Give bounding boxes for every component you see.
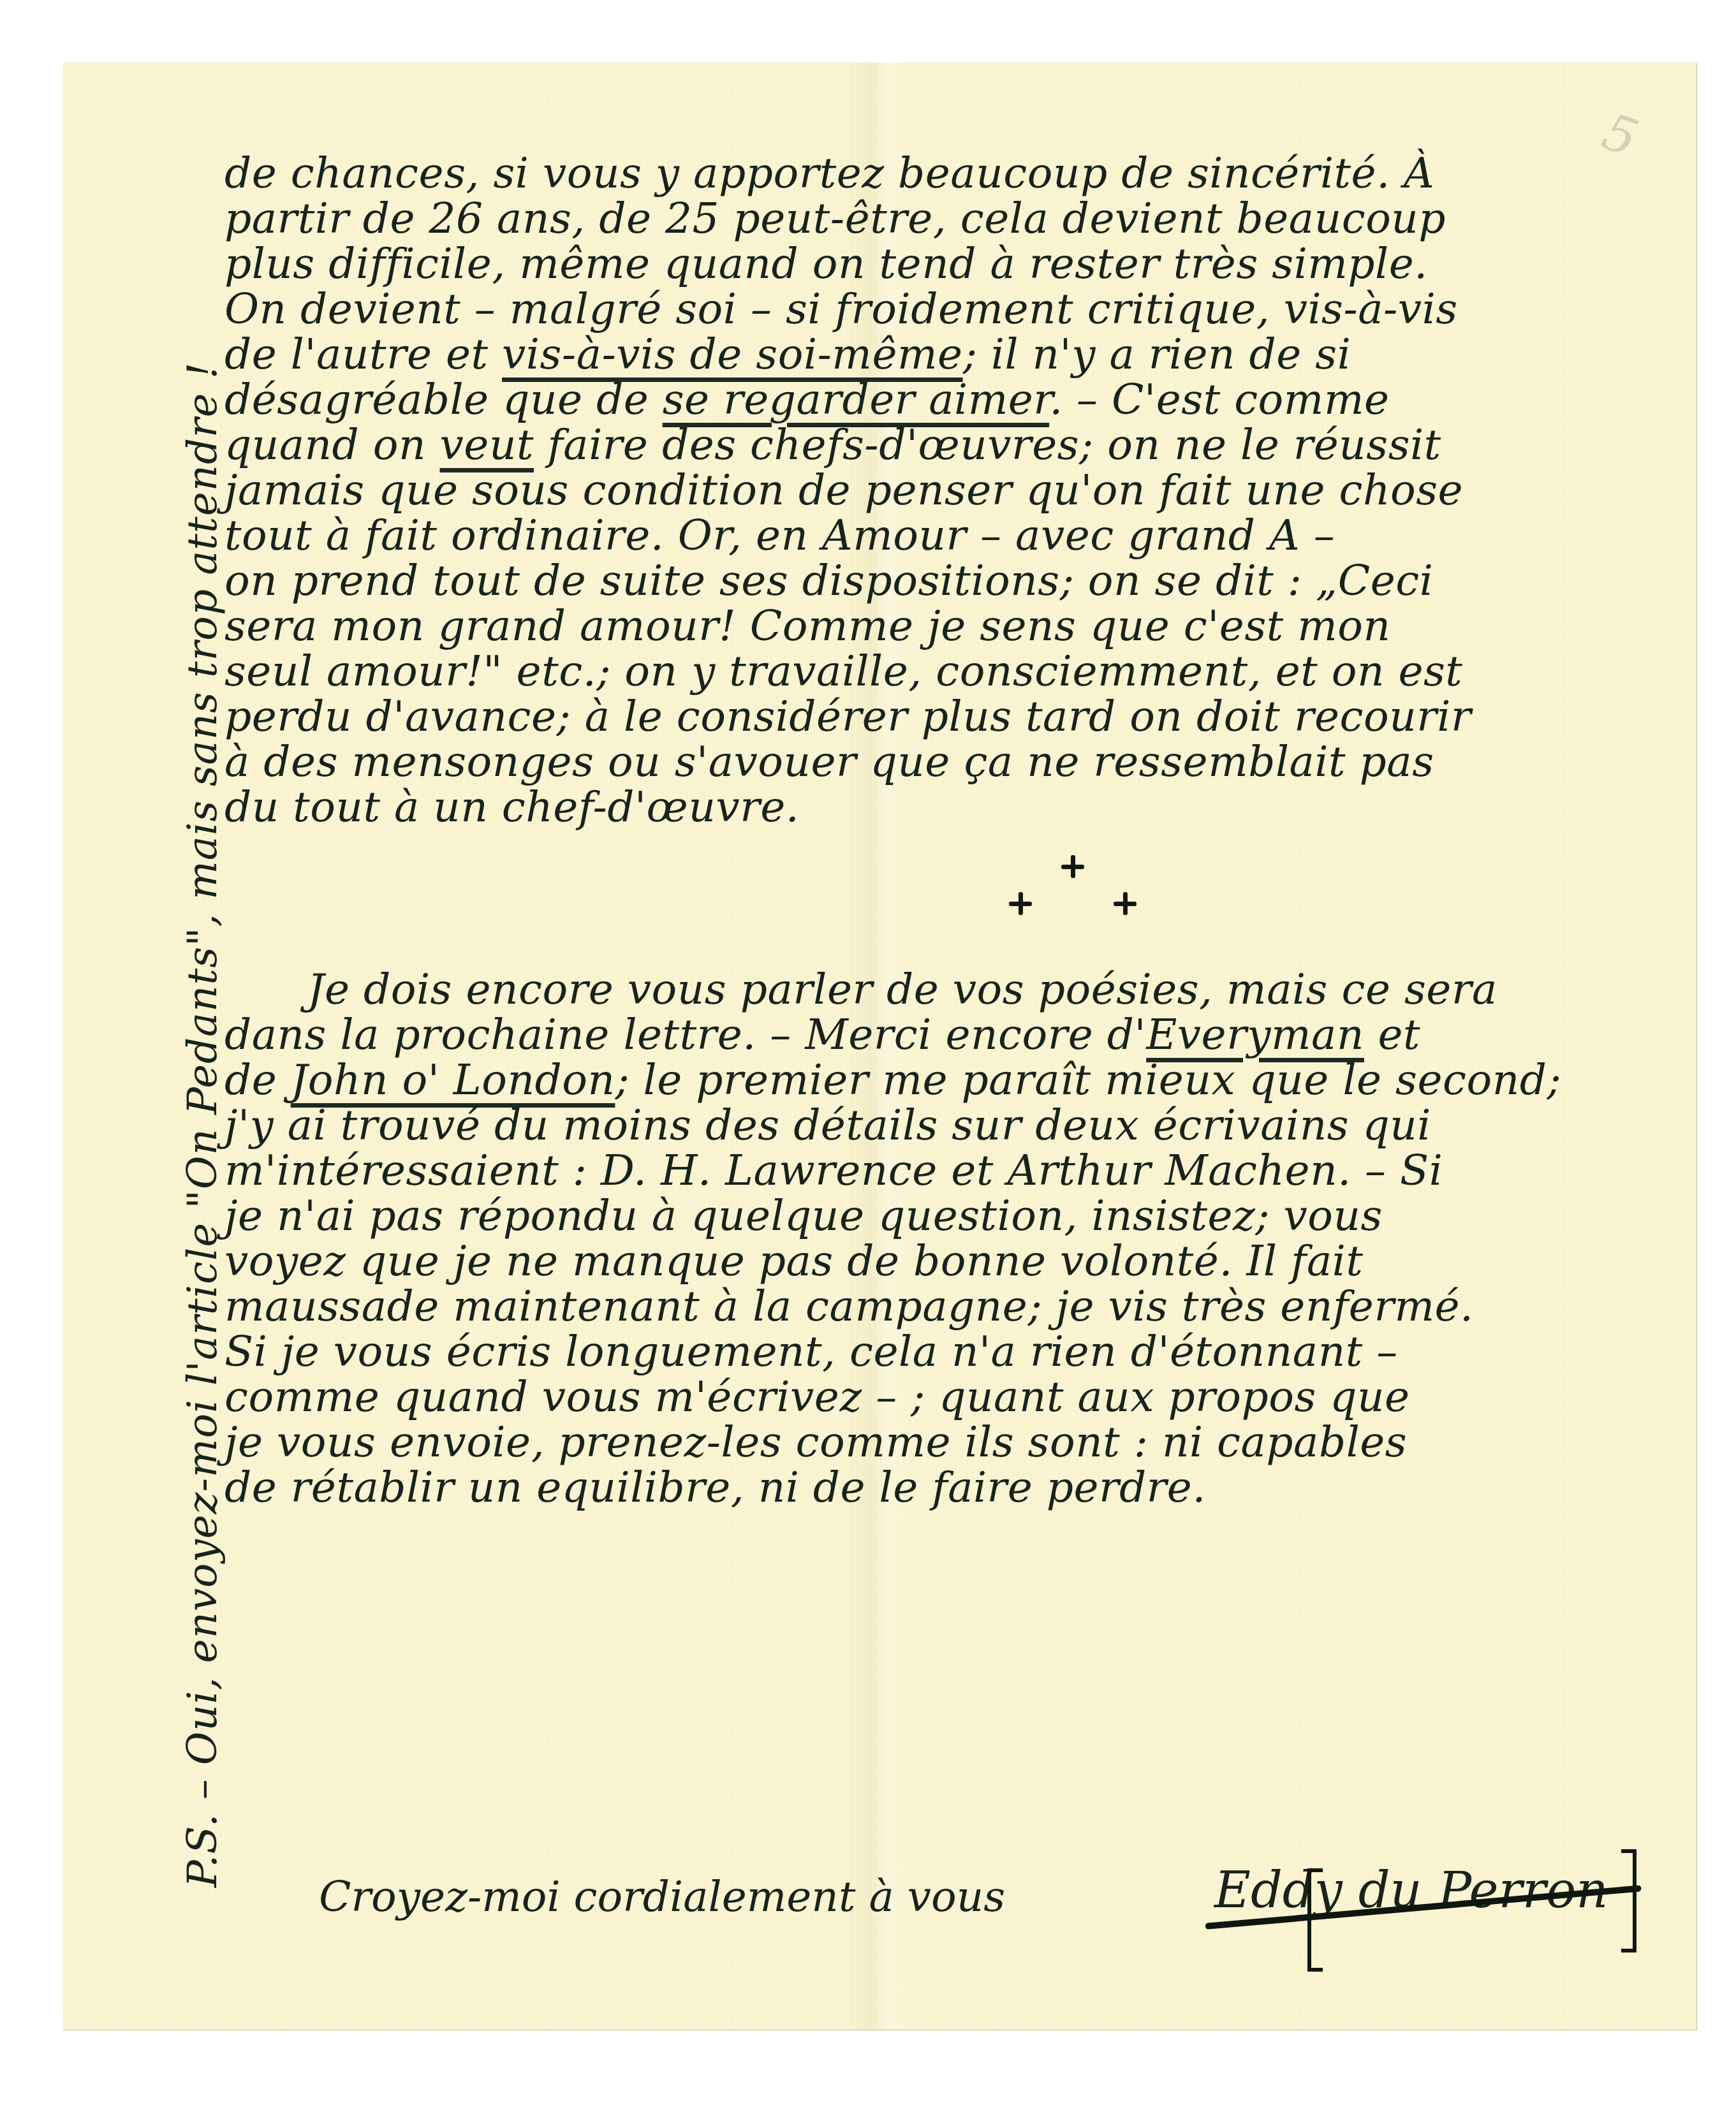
text-segment: . – C'est comme	[1049, 375, 1389, 424]
body-line-8: jamais que sous condition de penser qu'o…	[224, 467, 1659, 513]
body-line-5: de l'autre et vis-à-vis de soi-même; il …	[224, 332, 1659, 377]
underlined-phrase: se regarder aimer	[663, 375, 1049, 424]
postscript-vertical: P.S. – Oui, envoyez-moi l'article "On Pe…	[177, 166, 228, 1887]
three-crosses-separator-icon	[1009, 855, 1136, 932]
signature-first-name: Eddy	[1214, 1862, 1342, 1919]
body-line-6: désagréable que de se regarder aimer. – …	[224, 377, 1659, 422]
paragraph2-line-12: de rétablir un equilibre, ni de le faire…	[224, 1465, 1659, 1510]
bracket-right-icon	[1621, 1849, 1637, 1952]
underlined-phrase: vis-à-vis de soi-même	[502, 330, 963, 379]
paragraph2-line-2: dans la prochaine lettre. – Merci encore…	[224, 1012, 1659, 1057]
body-line-10: on prend tout de suite ses dispositions;…	[224, 558, 1659, 603]
paragraph2-line-3: de John o' London; le premier me paraît …	[224, 1057, 1659, 1103]
paragraph2-line-8: maussade maintenant à la campagne; je vi…	[224, 1284, 1659, 1329]
underlined-word: veut	[440, 420, 534, 469]
body-line-11: sera mon grand amour! Comme je sens que …	[224, 603, 1659, 648]
body-line-2: partir de 26 ans, de 25 peut-être, cela …	[224, 196, 1659, 241]
section-break	[224, 830, 1659, 967]
letter-body: de chances, si vous y apportez beaucoup …	[224, 150, 1659, 1510]
paragraph2-line-6: je n'ai pas répondu à quelque question, …	[224, 1193, 1659, 1238]
text-segment: et	[1364, 1010, 1420, 1059]
text-segment: ; le premier me paraît mieux que le seco…	[615, 1055, 1561, 1104]
body-line-13: perdu d'avance; à le considérer plus tar…	[224, 694, 1659, 739]
cross-icon	[1061, 855, 1084, 878]
text-segment: désagréable que de	[224, 375, 663, 424]
text-segment: de l'autre et	[224, 330, 502, 379]
body-line-14: à des mensonges ou s'avouer que ça ne re…	[224, 739, 1659, 784]
paragraph2-line-10: comme quand vous m'écrivez – ; quant aux…	[224, 1374, 1659, 1419]
paragraph2-line-1: Je dois encore vous parler de vos poésie…	[224, 967, 1659, 1012]
closing-salutation: Croyez-moi cordialement à vous	[319, 1872, 1005, 1923]
paragraph2-line-4: j'y ai trouvé du moins des détails sur d…	[224, 1103, 1659, 1148]
cross-icon	[1009, 892, 1032, 915]
text-segment: dans la prochaine lettre. – Merci encore…	[224, 1010, 1146, 1059]
underlined-title-john-o-london: John o' London	[291, 1055, 615, 1104]
paragraph2-line-7: voyez que je ne manque pas de bonne volo…	[224, 1238, 1659, 1284]
signature: Eddy du Perron	[1199, 1856, 1630, 1935]
paragraph2-line-5: m'intéressaient : D. H. Lawrence et Arth…	[224, 1148, 1659, 1193]
paragraph2-line-11: je vous envoie, prenez-les comme ils son…	[224, 1419, 1659, 1465]
body-line-7: quand on veut faire des chefs-d'œuvres; …	[224, 422, 1659, 467]
cross-icon	[1114, 892, 1136, 915]
underlined-title-everyman: Everyman	[1146, 1010, 1364, 1059]
body-line-15: du tout à un chef-d'œuvre.	[224, 784, 1659, 830]
body-line-4: On devient – malgré soi – si froidement …	[224, 286, 1659, 332]
text-segment: quand on	[224, 420, 440, 469]
body-line-9: tout à fait ordinaire. Or, en Amour – av…	[224, 513, 1659, 558]
paragraph2-line-9: Si je vous écris longuement, cela n'a ri…	[224, 1329, 1659, 1374]
text-segment: de	[224, 1055, 291, 1104]
body-line-12: seul amour!" etc.; on y travaille, consc…	[224, 648, 1659, 694]
body-line-1: de chances, si vous y apportez beaucoup …	[224, 150, 1659, 196]
text-segment: ; il n'y a rien de si	[963, 330, 1351, 379]
text-segment: faire des chefs-d'œuvres; on ne le réuss…	[534, 420, 1441, 469]
body-line-3: plus difficile, même quand on tend à res…	[224, 241, 1659, 286]
